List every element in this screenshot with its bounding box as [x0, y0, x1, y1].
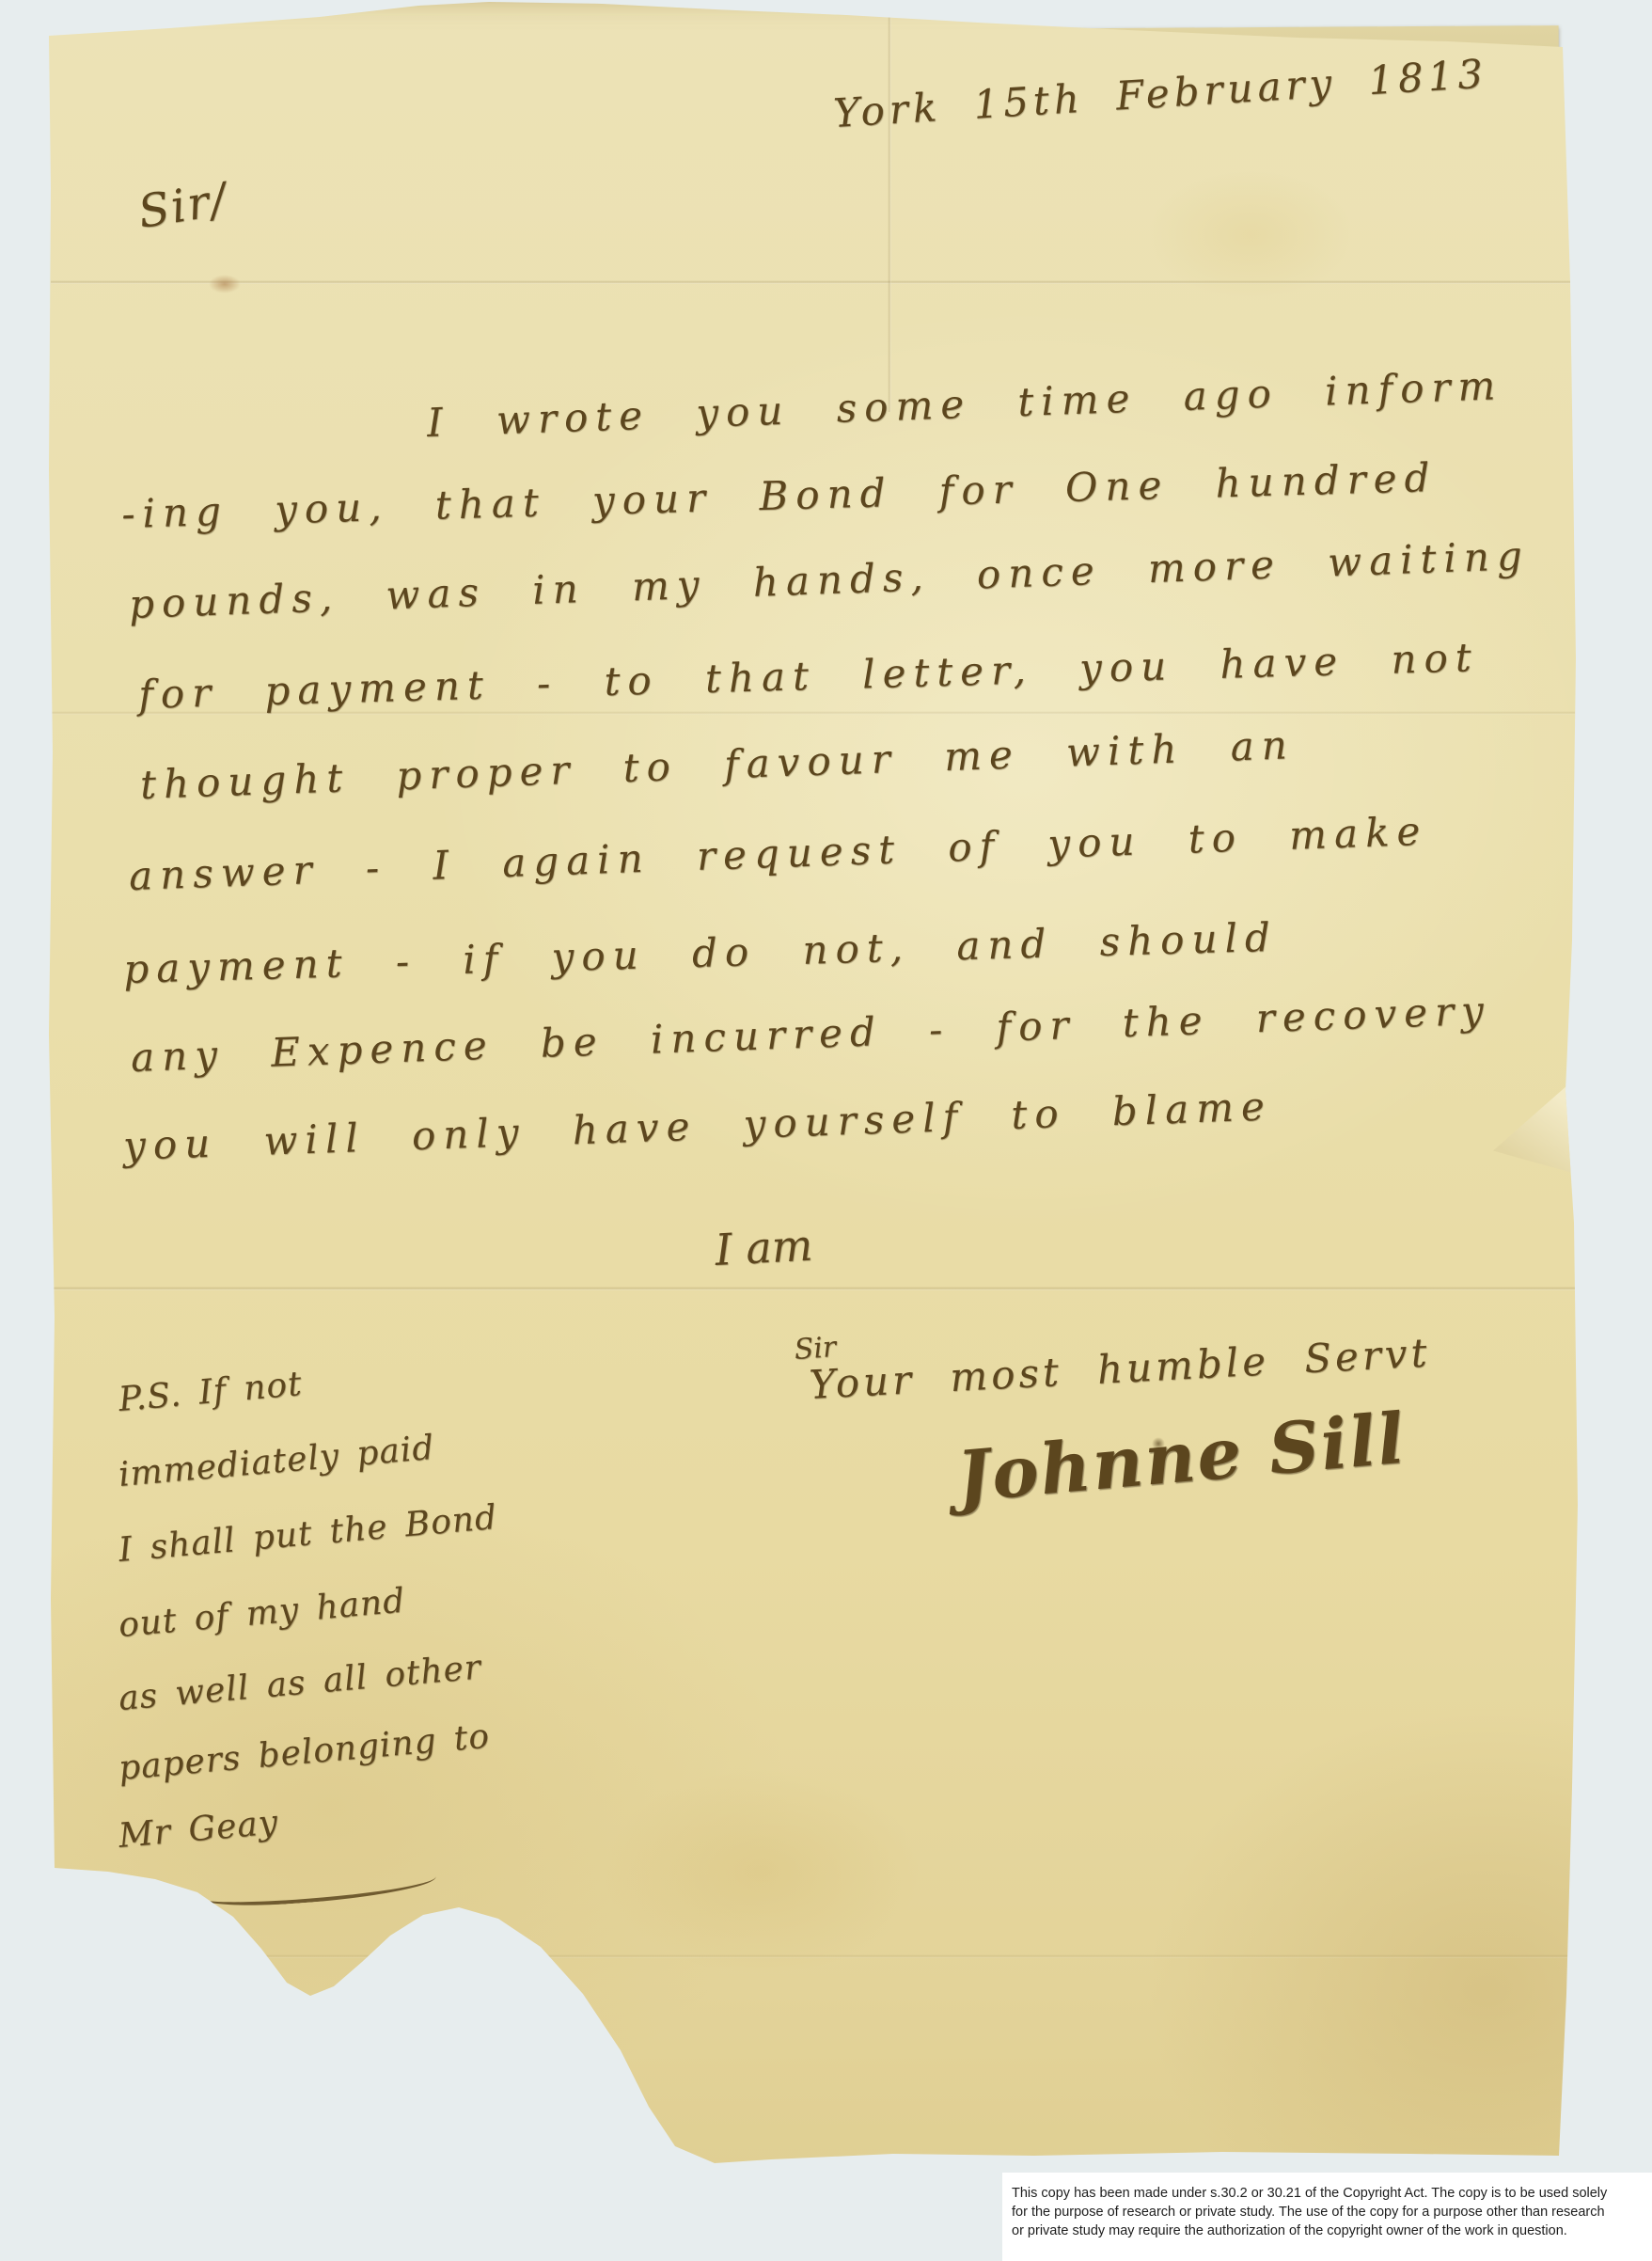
- closing-i-am: I am: [714, 1220, 814, 1275]
- postscript-line: out of my hand: [117, 1581, 406, 1645]
- letter-body-line: I wrote you some time ago inform: [426, 362, 1503, 446]
- letter-body-line: thought proper to favour me with an: [139, 721, 1295, 808]
- closing-humble: Your most humble Servt: [808, 1329, 1431, 1408]
- letter-salutation: Sir/: [134, 173, 231, 239]
- letter-body-line: any Expence be incurred - for the recove…: [130, 988, 1491, 1081]
- letter-body-line: for payment - to that letter, you have n…: [138, 634, 1480, 718]
- fold-crease: [51, 280, 1575, 284]
- postscript-line: immediately paid: [117, 1429, 436, 1494]
- letter-paper: York 15th February 1813 Sir/ I wrote you…: [0, 0, 1652, 2261]
- dog-ear-fold: [1493, 1078, 1576, 1174]
- letter-body-line: pounds, was in my hands, once more waiti…: [128, 532, 1530, 627]
- copyright-notice-line: or private study may require the authori…: [1012, 2221, 1646, 2240]
- postscript-line: papers belonging to: [117, 1717, 491, 1788]
- copyright-notice: This copy has been made under s.30.2 or …: [1002, 2173, 1652, 2261]
- postscript-line: P.S. If not: [117, 1365, 304, 1419]
- stain: [1147, 169, 1354, 301]
- postscript-line: Mr Geay: [117, 1803, 279, 1856]
- letter-dateline: York 15th February 1813: [832, 51, 1488, 136]
- signature-flourish: [200, 1865, 436, 1909]
- copyright-notice-line: This copy has been made under s.30.2 or …: [1012, 2184, 1646, 2203]
- stain: [209, 275, 241, 293]
- scanned-letter: York 15th February 1813 Sir/ I wrote you…: [0, 0, 1652, 2261]
- letter-body-line: you will only have yourself to blame: [122, 1083, 1272, 1169]
- postscript-line: as well as all other: [117, 1648, 482, 1718]
- postscript-line: I shall put the Bond: [117, 1498, 498, 1570]
- copyright-notice-line: for the purpose of research or private s…: [1012, 2203, 1646, 2221]
- signature: Johnne Sill: [954, 1399, 1409, 1518]
- letter-body-line: -ing you, that your Bond for One hundred: [121, 454, 1438, 537]
- fold-crease: [51, 1287, 1575, 1290]
- stain: [602, 1768, 921, 1975]
- fold-crease: [888, 8, 891, 412]
- letter-body-line: answer - I again request of you to make: [128, 808, 1428, 899]
- letter-body-line: payment - if you do not, and should: [123, 914, 1279, 992]
